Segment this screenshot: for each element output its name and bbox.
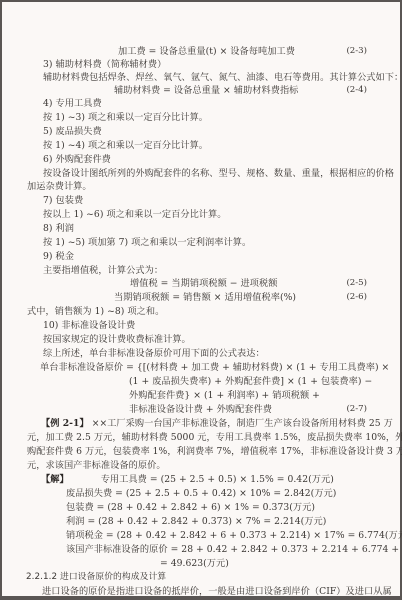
- section-item-6: 6) 外购配套件费: [43, 154, 111, 165]
- paragraph-line: 按国家规定的设计费收费标准计算。: [43, 334, 191, 345]
- paragraph-line: 辅助材料费包括焊条、焊丝、氧气、氩气、氮气、油漆、电石等费用。其计算公式如下：: [43, 72, 402, 83]
- equation-number: (2-5): [346, 278, 367, 288]
- formula-vat: 增值税 = 当期销项税额 − 进项税额: [130, 278, 277, 289]
- solution-line: 【解】 专用工具费 = (25 + 2.5 + 0.5) × 1.5% = 0.…: [41, 474, 334, 485]
- section-item-9: 9) 税金: [43, 251, 74, 262]
- paragraph-line: 进口设备的原价是指进口设备的抵岸价，一般是由进口设备到岸价（CIF）及进口从属: [42, 586, 392, 597]
- example-line: 元，加工费 2.5 万元，辅助材料费 5000 元，专用工具费率 1.5%，废品…: [27, 432, 402, 443]
- section-item-5: 5) 废品损失费: [43, 126, 102, 137]
- formula-continuation: (1 + 废品损失费率) + 外购配套件费] × (1 + 包装费率) −: [129, 376, 372, 387]
- section-item-8: 8) 利润: [43, 223, 74, 234]
- example-line: 【例 2-1】 ××工厂采购一台国产非标准设备，制造厂生产该台设备所用材料费 2…: [41, 418, 393, 429]
- section-item-4: 4) 专用工具费: [43, 98, 102, 109]
- solution-label: 【解】: [41, 474, 69, 485]
- formula-continuation: 外购配套件费} × (1 + 利润率) + 销项税额 +: [129, 390, 320, 401]
- paragraph-line: 按以上 1) ~6) 项之和乘以一定百分比计算。: [43, 209, 227, 220]
- example-label: 【例 2-1】: [41, 418, 89, 429]
- section-item-3: 3) 辅助材料费（简称辅材费）: [43, 59, 166, 70]
- paragraph-line: 按设备设计图纸所列的外购配套件的名称、型号、规格、数量、重量，根据相应的价格: [43, 168, 394, 179]
- section-item-10: 10) 非标准设备设计费: [43, 320, 135, 331]
- equation-number: (2-3): [346, 46, 367, 56]
- example-line: 元，求该国产非标准设备的原价。: [27, 460, 166, 471]
- formula-output-tax: 当期销项税额 = 销售额 × 适用增值税率(%): [114, 292, 296, 303]
- equation-number: (2-6): [346, 292, 367, 302]
- paragraph-line: 按 1) ~3) 项之和乘以一定百分比计算。: [43, 112, 208, 123]
- equation-number: (2-4): [346, 85, 367, 95]
- paragraph-line: 加运杂费计算。: [27, 181, 92, 192]
- solution-line: 该国产非标准设备的原价 = 28 + 0.42 + 2.842 + 0.373 …: [66, 544, 402, 555]
- solution-line: 利润 = (28 + 0.42 + 2.842 + 0.373) × 7% = …: [66, 516, 326, 527]
- example-text: ××工厂采购一台国产非标准设备，制造厂生产该台设备所用材料费 25 万: [92, 418, 393, 429]
- paragraph-line: 按 1) ~5) 项加第 7) 项之和乘以一定利润率计算。: [43, 237, 251, 248]
- paragraph-line: 综上所述，单台非标准设备原价可用下面的公式表达：: [43, 348, 265, 359]
- equation-number: (2-7): [346, 404, 367, 414]
- example-line: 购配套件费 6 万元，包装费率 1%，利润费率 7%，增值税率 17%，非标准设…: [27, 446, 402, 457]
- paragraph-line: 式中，销售额为 1) ~8) 项之和。: [27, 306, 164, 317]
- book-page: 加工费 = 设备总重量(t) × 设备每吨加工费 (2-3) 3) 辅助材料费（…: [2, 2, 400, 596]
- paragraph-line: 按 1) ~4) 项之和乘以一定百分比计算。: [43, 140, 208, 151]
- solution-result: = 49.623(万元): [160, 558, 229, 569]
- paragraph-line: 主要指增值税，计算公式为：: [43, 265, 163, 276]
- section-item-7: 7) 包装费: [43, 195, 83, 206]
- solution-line: 废品损失费 = (25 + 2.5 + 0.5 + 0.42) × 10% = …: [66, 488, 336, 499]
- formula-aux-material: 辅助材料费 = 设备总重量 × 辅助材料费指标: [114, 85, 298, 96]
- formula-processing-fee: 加工费 = 设备总重量(t) × 设备每吨加工费: [118, 46, 295, 57]
- solution-text: 专用工具费 = (25 + 2.5 + 0.5) × 1.5% = 0.42(万…: [101, 474, 334, 485]
- formula-continuation: 非标准设备设计费 + 外购配套件费: [129, 404, 272, 415]
- solution-line: 包装费 = (28 + 0.42 + 2.842 + 6) × 1% = 0.3…: [66, 502, 315, 513]
- solution-line: 销项税金 = (28 + 0.42 + 2.842 + 6 + 0.373 + …: [66, 530, 402, 541]
- section-heading: 2.2.1.2 进口设备原价的构成及计算: [26, 572, 166, 583]
- formula-nonstandard-price: 单台非标准设备原价 = {[(材料费 + 加工费 + 辅助材料费) × (1 +…: [40, 362, 389, 373]
